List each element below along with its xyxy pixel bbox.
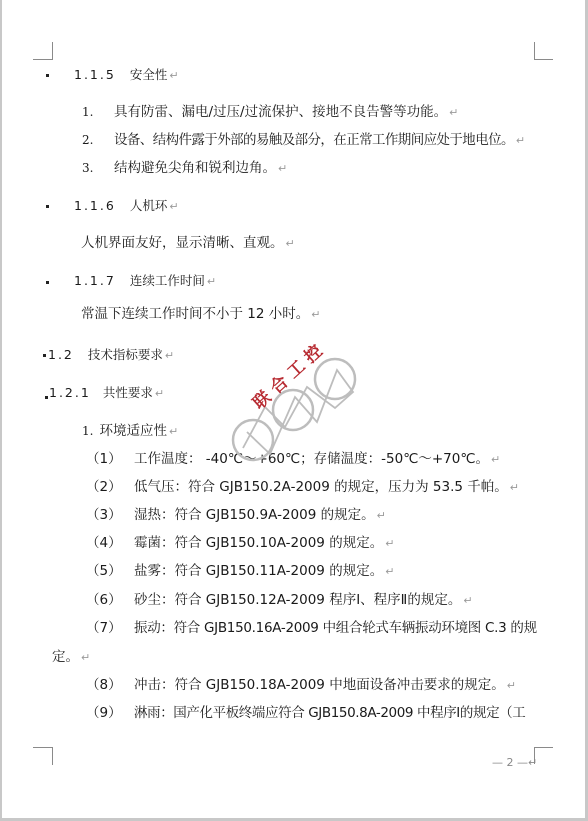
section-heading-1-1-6[interactable]: 1.1.6人机环↵: [74, 197, 179, 215]
paragraph-mark-icon: ↵: [165, 349, 174, 362]
paragraph-mark-icon: ↵: [377, 509, 386, 522]
item-number: （5）: [86, 562, 122, 580]
section-title: 技术指标要求: [88, 347, 163, 362]
item-text: 工作温度： -40℃～+60℃；存储温度：-50℃～+70℃。↵: [134, 450, 500, 469]
item-text: 冲击：符合 GJB150.18A-2009 中地面设备冲击要求的规定。↵: [134, 676, 516, 695]
item-text: 盐雾：符合 GJB150.11A-2009 的规定。↵: [134, 562, 394, 581]
paragraph-mark-icon: ↵: [155, 387, 164, 400]
item-number: （9）: [86, 704, 122, 722]
crop-mark-bottom-left: [33, 747, 53, 765]
section-number: 1.1.7: [74, 273, 116, 288]
item-text: 砂尘：符合 GJB150.12A-2009 程序Ⅰ、程序Ⅱ的规定。↵: [134, 591, 473, 610]
section-number: 1.2: [48, 347, 74, 362]
list-number: 1.: [82, 103, 93, 121]
paragraph-mark-icon: ↵: [81, 651, 90, 664]
heading-bullet: [43, 354, 46, 357]
paragraph-mark-icon: ↵: [528, 756, 537, 769]
document-page: [0, 0, 588, 821]
paragraph-mark-icon: ↵: [516, 134, 525, 147]
section-heading-1-1-7[interactable]: 1.1.7连续工作时间↵: [74, 272, 216, 290]
item-number: （8）: [86, 676, 122, 694]
section-heading-1-1-5[interactable]: 1.1.5安全性↵: [74, 66, 179, 84]
list-text: 结构避免尖角和锐利边角。↵: [114, 159, 287, 178]
paragraph-mark-icon: ↵: [286, 237, 295, 250]
section-heading-1-2[interactable]: 1.2技术指标要求↵: [48, 346, 174, 364]
item-text: 低气压：符合 GJB150.2A-2009 的规定，压力为 53.5 千帕。↵: [134, 478, 519, 497]
item-number: （1）: [86, 450, 122, 468]
list-number: 3.: [82, 159, 93, 177]
paragraph-mark-icon: ↵: [169, 425, 178, 438]
paragraph-mark-icon: ↵: [311, 308, 320, 321]
item-number: （6）: [86, 591, 122, 609]
heading-bullet: [45, 396, 48, 399]
paragraph-mark-icon: ↵: [463, 594, 472, 607]
paragraph-mark-icon: ↵: [278, 162, 287, 175]
paragraph-mark-icon: ↵: [207, 275, 216, 288]
paragraph-mark-icon: ↵: [491, 453, 500, 466]
item-number: （4）: [86, 534, 122, 552]
paragraph-mark-icon: ↵: [510, 481, 519, 494]
env-item-continuation[interactable]: 定。↵: [52, 648, 90, 666]
list-number: 2.: [82, 131, 93, 149]
paragraph-mark-icon: ↵: [169, 200, 178, 213]
section-title: 共性要求: [103, 385, 153, 400]
heading-bullet: [46, 74, 49, 77]
paragraph-mark-icon: ↵: [385, 565, 394, 578]
paragraph-mark-icon: ↵: [385, 537, 394, 550]
list-number: 1.: [82, 424, 93, 438]
section-heading-1-2-1[interactable]: 1.2.1共性要求↵: [49, 384, 164, 402]
item-text: 霉菌：符合 GJB150.10A-2009 的规定。↵: [134, 534, 394, 553]
item-text: 淋雨：国产化平板终端应符合 GJB150.8A-2009 中程序Ⅰ的规定（工: [134, 704, 525, 722]
section-number: 1.1.5: [74, 67, 116, 82]
item-text: 湿热：符合 GJB150.9A-2009 的规定。↵: [134, 506, 386, 525]
list-text: 设备、结构件露于外部的易触及部分，在正常工作期间应处于地电位。↵: [114, 131, 525, 150]
section-title: 人机环: [130, 198, 168, 213]
section-title: 安全性: [130, 67, 168, 82]
item-number: （2）: [86, 478, 122, 496]
list-text: 具有防雷、漏电/过压/过流保护、接地不良告警等功能。↵: [114, 103, 458, 122]
item-text: 振动：符合 GJB150.16A-2009 中组合轮式车辆振动环境图 C.3 的…: [134, 619, 537, 637]
crop-mark-top-left: [33, 42, 53, 60]
heading-bullet: [46, 205, 49, 208]
env-heading[interactable]: 1.环境适应性↵: [82, 422, 178, 440]
section-number: 1.1.6: [74, 198, 116, 213]
paragraph-mark-icon: ↵: [507, 679, 516, 692]
item-number: （3）: [86, 506, 122, 524]
body-paragraph[interactable]: 人机界面友好，显示清晰、直观。↵: [81, 234, 295, 252]
paragraph-mark-icon: ↵: [169, 69, 178, 82]
body-paragraph[interactable]: 常温下连续工作时间不小于 12 小时。↵: [81, 305, 320, 323]
crop-mark-top-right: [534, 42, 553, 60]
paragraph-mark-icon: ↵: [449, 106, 458, 119]
heading-bullet: [46, 281, 49, 284]
page-number-footer: — 2 —↵: [492, 756, 537, 769]
item-number: （7）: [86, 619, 122, 637]
section-number: 1.2.1: [49, 385, 91, 400]
section-title: 连续工作时间: [130, 273, 205, 288]
